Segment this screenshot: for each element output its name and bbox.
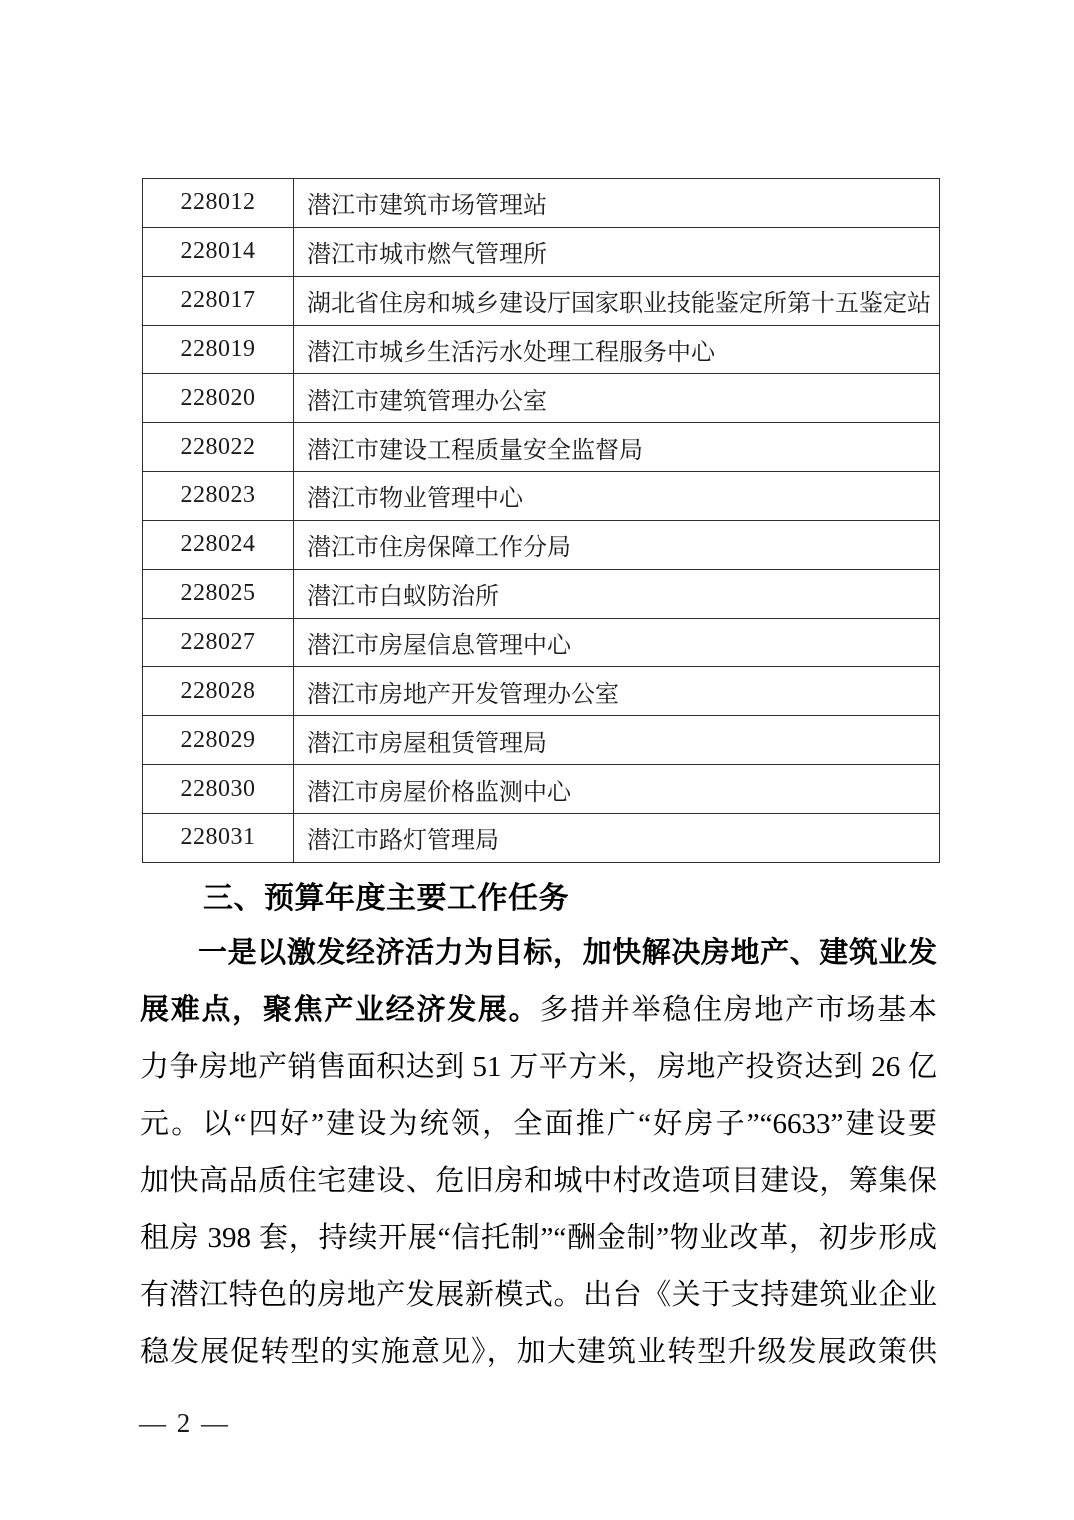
table-row: 228031 潜江市路灯管理局 [143, 813, 940, 862]
unit-name-cell: 潜江市房屋价格监测中心 [294, 765, 940, 814]
paragraph-line: 力争房地产销售面积达到 51 万平方米，房地产投资达到 26 亿 [140, 1039, 937, 1096]
paragraph-line: 展难点，聚焦产业经济发展。多措并举稳住房地产市场基本盘， [140, 982, 937, 1039]
table-row: 228024 潜江市住房保障工作分局 [143, 520, 940, 569]
unit-name-cell: 潜江市房屋信息管理中心 [294, 618, 940, 667]
unit-name-cell: 潜江市房屋租赁管理局 [294, 716, 940, 765]
regular-run: 稳发展促转型的实施意见》，加大建筑业转型升级发展政策供 [140, 1336, 937, 1368]
unit-name-cell: 湖北省住房和城乡建设厅国家职业技能鉴定所第十五鉴定站 [294, 276, 940, 325]
unit-code-cell: 228012 [143, 179, 294, 228]
paragraph-line: 一是以激发经济活力为目标，加快解决房地产、建筑业发 [140, 925, 937, 982]
bold-run: 一是以激发经济活力为目标，加快解决房地产、建筑业发 [198, 937, 937, 969]
table-row: 228029 潜江市房屋租赁管理局 [143, 716, 940, 765]
paragraph-line: 有潜江特色的房地产发展新模式。出台《关于支持建筑业企业 [140, 1267, 937, 1324]
table-row: 228020 潜江市建筑管理办公室 [143, 374, 940, 423]
table-row: 228030 潜江市房屋价格监测中心 [143, 765, 940, 814]
unit-code-table: 228012 潜江市建筑市场管理站 228014 潜江市城市燃气管理所 2280… [142, 178, 940, 863]
table-row: 228017 湖北省住房和城乡建设厅国家职业技能鉴定所第十五鉴定站 [143, 276, 940, 325]
table-row: 228027 潜江市房屋信息管理中心 [143, 618, 940, 667]
paragraph-line: 租房 398 套，持续开展“信托制”“酬金制”物业改革，初步形成具 [140, 1210, 937, 1267]
unit-name-cell: 潜江市城市燃气管理所 [294, 227, 940, 276]
unit-name-cell: 潜江市建筑管理办公室 [294, 374, 940, 423]
paragraph-line: 稳发展促转型的实施意见》，加大建筑业转型升级发展政策供 [140, 1324, 937, 1381]
table-row: 228022 潜江市建设工程质量安全监督局 [143, 423, 940, 472]
regular-run: 租房 398 套，持续开展“信托制”“酬金制”物业改革，初步形成具 [140, 1222, 937, 1267]
work-tasks-paragraph: 一是以激发经济活力为目标，加快解决房地产、建筑业发 展难点，聚焦产业经济发展。多… [140, 925, 937, 1381]
unit-name-cell: 潜江市城乡生活污水处理工程服务中心 [294, 325, 940, 374]
unit-code-cell: 228022 [143, 423, 294, 472]
regular-run: 有潜江特色的房地产发展新模式。出台《关于支持建筑业企业 [140, 1279, 937, 1311]
unit-code-cell: 228014 [143, 227, 294, 276]
unit-code-cell: 228030 [143, 765, 294, 814]
table-row: 228019 潜江市城乡生活污水处理工程服务中心 [143, 325, 940, 374]
unit-name-cell: 潜江市房地产开发管理办公室 [294, 667, 940, 716]
unit-code-cell: 228025 [143, 569, 294, 618]
unit-name-cell: 潜江市路灯管理局 [294, 813, 940, 862]
regular-run: 元。以“四好”建设为统领，全面推广“好房子”“6633”建设要点， [140, 1108, 937, 1153]
unit-code-cell: 228031 [143, 813, 294, 862]
paragraph-line: 元。以“四好”建设为统领，全面推广“好房子”“6633”建设要点， [140, 1096, 937, 1153]
table-row: 228028 潜江市房地产开发管理办公室 [143, 667, 940, 716]
unit-name-cell: 潜江市白蚁防治所 [294, 569, 940, 618]
unit-code-cell: 228019 [143, 325, 294, 374]
unit-code-cell: 228023 [143, 472, 294, 521]
unit-code-cell: 228017 [143, 276, 294, 325]
regular-run: 力争房地产销售面积达到 51 万平方米，房地产投资达到 26 亿 [140, 1051, 937, 1083]
unit-name-cell: 潜江市建设工程质量安全监督局 [294, 423, 940, 472]
unit-code-cell: 228020 [143, 374, 294, 423]
section-heading: 三、预算年度主要工作任务 [203, 873, 569, 917]
unit-code-cell: 228029 [143, 716, 294, 765]
table-row: 228012 潜江市建筑市场管理站 [143, 179, 940, 228]
unit-code-cell: 228027 [143, 618, 294, 667]
regular-run: 加快高品质住宅建设、危旧房和城中村改造项目建设，筹集保 [140, 1165, 937, 1197]
unit-code-cell: 228028 [143, 667, 294, 716]
unit-name-cell: 潜江市住房保障工作分局 [294, 520, 940, 569]
table-row: 228023 潜江市物业管理中心 [143, 472, 940, 521]
unit-name-cell: 潜江市建筑市场管理站 [294, 179, 940, 228]
bold-run: 展难点，聚焦产业经济发展。 [140, 994, 539, 1026]
unit-name-cell: 潜江市物业管理中心 [294, 472, 940, 521]
unit-code-table-body: 228012 潜江市建筑市场管理站 228014 潜江市城市燃气管理所 2280… [143, 179, 940, 863]
page-number: — 2 — [139, 1408, 230, 1439]
document-page: 228012 潜江市建筑市场管理站 228014 潜江市城市燃气管理所 2280… [0, 0, 1074, 1520]
unit-code-cell: 228024 [143, 520, 294, 569]
paragraph-line: 加快高品质住宅建设、危旧房和城中村改造项目建设，筹集保 [140, 1153, 937, 1210]
table-row: 228014 潜江市城市燃气管理所 [143, 227, 940, 276]
table-row: 228025 潜江市白蚁防治所 [143, 569, 940, 618]
